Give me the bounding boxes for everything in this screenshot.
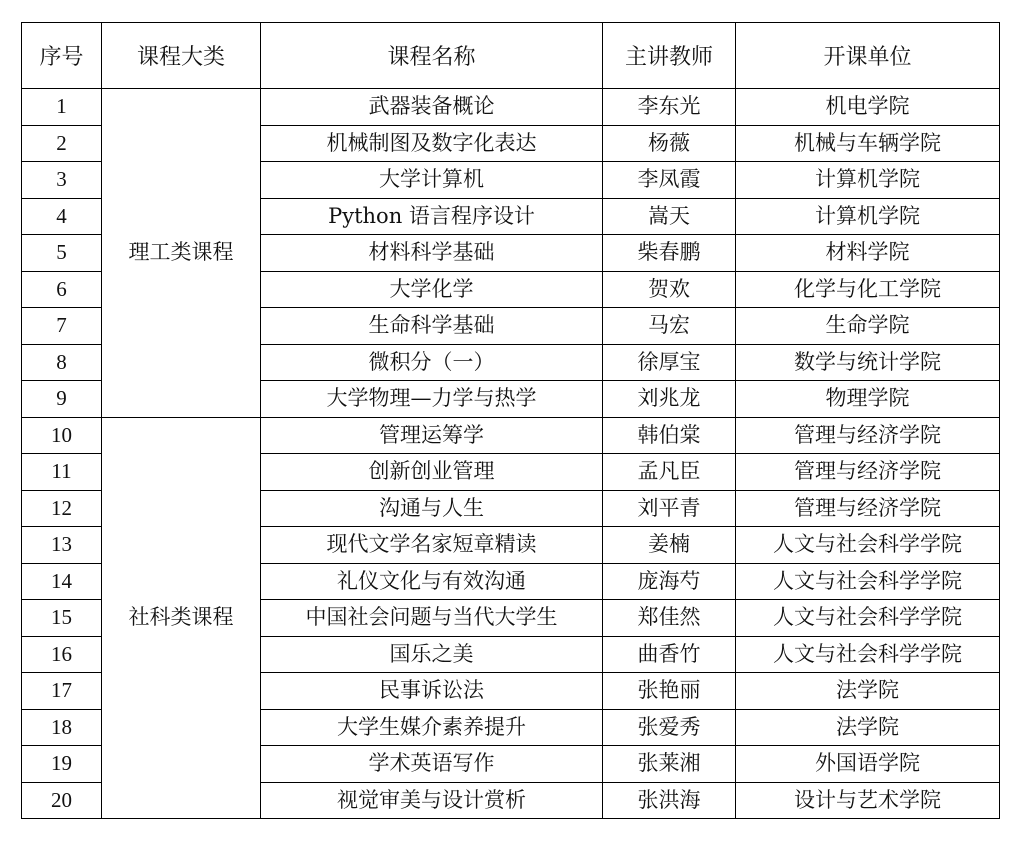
unit-cell: 人文与社会科学学院 — [736, 600, 1000, 637]
row-number: 6 — [22, 271, 102, 308]
teacher-cell: 张艳丽 — [603, 673, 736, 710]
row-number: 9 — [22, 381, 102, 418]
unit-cell: 生命学院 — [736, 308, 1000, 345]
table-row: 10社科类课程管理运筹学韩伯棠管理与经济学院 — [22, 417, 1000, 454]
unit-cell: 机械与车辆学院 — [736, 125, 1000, 162]
row-number: 12 — [22, 490, 102, 527]
unit-cell: 管理与经济学院 — [736, 417, 1000, 454]
teacher-cell: 刘兆龙 — [603, 381, 736, 418]
teacher-cell: 李东光 — [603, 89, 736, 126]
header-row: 序号 课程大类 课程名称 主讲教师 开课单位 — [22, 23, 1000, 89]
course-name-cell: 大学生媒介素养提升 — [261, 709, 603, 746]
course-name-cell: 视觉审美与设计赏析 — [261, 782, 603, 819]
row-number: 14 — [22, 563, 102, 600]
course-name-cell: 学术英语写作 — [261, 746, 603, 783]
course-name-cell: 材料科学基础 — [261, 235, 603, 272]
row-number: 13 — [22, 527, 102, 564]
course-name-cell: 沟通与人生 — [261, 490, 603, 527]
unit-cell: 化学与化工学院 — [736, 271, 1000, 308]
unit-cell: 管理与经济学院 — [736, 454, 1000, 491]
teacher-cell: 孟凡臣 — [603, 454, 736, 491]
header-course-name: 课程名称 — [261, 23, 603, 89]
header-teacher: 主讲教师 — [603, 23, 736, 89]
teacher-cell: 庞海芍 — [603, 563, 736, 600]
category-cell: 理工类课程 — [102, 89, 261, 418]
course-name-cell: 民事诉讼法 — [261, 673, 603, 710]
teacher-cell: 嵩天 — [603, 198, 736, 235]
row-number: 7 — [22, 308, 102, 345]
teacher-cell: 张爱秀 — [603, 709, 736, 746]
unit-cell: 数学与统计学院 — [736, 344, 1000, 381]
unit-cell: 设计与艺术学院 — [736, 782, 1000, 819]
row-number: 8 — [22, 344, 102, 381]
table-body: 1理工类课程武器装备概论李东光机电学院2机械制图及数字化表达杨薇机械与车辆学院3… — [22, 89, 1000, 819]
course-name-cell: 机械制图及数字化表达 — [261, 125, 603, 162]
row-number: 1 — [22, 89, 102, 126]
table-row: 1理工类课程武器装备概论李东光机电学院 — [22, 89, 1000, 126]
teacher-cell: 徐厚宝 — [603, 344, 736, 381]
course-name-cell: 国乐之美 — [261, 636, 603, 673]
teacher-cell: 李凤霞 — [603, 162, 736, 199]
header-unit: 开课单位 — [736, 23, 1000, 89]
unit-cell: 人文与社会科学学院 — [736, 563, 1000, 600]
row-number: 10 — [22, 417, 102, 454]
teacher-cell: 张莱湘 — [603, 746, 736, 783]
teacher-cell: 贺欢 — [603, 271, 736, 308]
row-number: 11 — [22, 454, 102, 491]
teacher-cell: 曲香竹 — [603, 636, 736, 673]
course-name-cell: 大学化学 — [261, 271, 603, 308]
unit-cell: 计算机学院 — [736, 198, 1000, 235]
course-name-cell: 大学物理—力学与热学 — [261, 381, 603, 418]
row-number: 15 — [22, 600, 102, 637]
unit-cell: 人文与社会科学学院 — [736, 527, 1000, 564]
course-name-cell: 创新创业管理 — [261, 454, 603, 491]
row-number: 5 — [22, 235, 102, 272]
row-number: 19 — [22, 746, 102, 783]
teacher-cell: 马宏 — [603, 308, 736, 345]
course-name-cell: 生命科学基础 — [261, 308, 603, 345]
unit-cell: 法学院 — [736, 673, 1000, 710]
unit-cell: 法学院 — [736, 709, 1000, 746]
unit-cell: 外国语学院 — [736, 746, 1000, 783]
unit-cell: 管理与经济学院 — [736, 490, 1000, 527]
course-table: 序号 课程大类 课程名称 主讲教师 开课单位 1理工类课程武器装备概论李东光机电… — [21, 22, 1000, 819]
unit-cell: 机电学院 — [736, 89, 1000, 126]
course-name-cell: 武器装备概论 — [261, 89, 603, 126]
course-name-cell: 现代文学名家短章精读 — [261, 527, 603, 564]
row-number: 20 — [22, 782, 102, 819]
teacher-cell: 柴春鹏 — [603, 235, 736, 272]
header-number: 序号 — [22, 23, 102, 89]
unit-cell: 计算机学院 — [736, 162, 1000, 199]
unit-cell: 人文与社会科学学院 — [736, 636, 1000, 673]
row-number: 18 — [22, 709, 102, 746]
teacher-cell: 张洪海 — [603, 782, 736, 819]
teacher-cell: 刘平青 — [603, 490, 736, 527]
row-number: 17 — [22, 673, 102, 710]
teacher-cell: 韩伯棠 — [603, 417, 736, 454]
row-number: 16 — [22, 636, 102, 673]
course-name-cell: 微积分（一） — [261, 344, 603, 381]
header-category: 课程大类 — [102, 23, 261, 89]
row-number: 2 — [22, 125, 102, 162]
teacher-cell: 杨薇 — [603, 125, 736, 162]
course-name-cell: 管理运筹学 — [261, 417, 603, 454]
course-name-cell: 礼仪文化与有效沟通 — [261, 563, 603, 600]
teacher-cell: 郑佳然 — [603, 600, 736, 637]
course-name-cell: 大学计算机 — [261, 162, 603, 199]
course-name-cell: 中国社会问题与当代大学生 — [261, 600, 603, 637]
unit-cell: 材料学院 — [736, 235, 1000, 272]
teacher-cell: 姜楠 — [603, 527, 736, 564]
unit-cell: 物理学院 — [736, 381, 1000, 418]
row-number: 3 — [22, 162, 102, 199]
course-name-cell: Python 语言程序设计 — [261, 198, 603, 235]
category-cell: 社科类课程 — [102, 417, 261, 819]
row-number: 4 — [22, 198, 102, 235]
